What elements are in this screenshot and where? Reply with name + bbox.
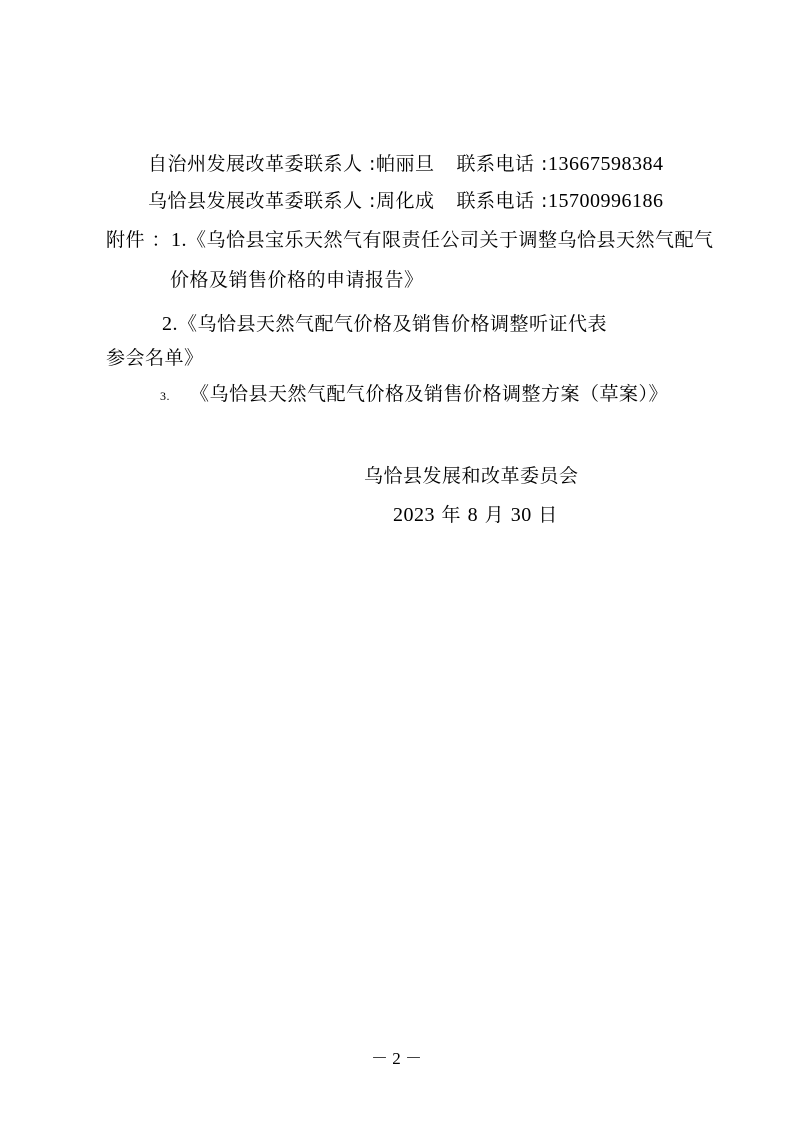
contact-name: 周化成	[376, 190, 435, 212]
signature-organization: 乌恰县发展和改革委员会	[364, 464, 579, 488]
phone-number: 13667598384	[548, 153, 664, 175]
attachment-title: 《乌恰县天然气配气价格及销售价格调整听证代表	[178, 313, 607, 335]
attachments-prefix: 附件 ：	[106, 229, 171, 251]
contact-separator: :	[363, 153, 376, 175]
signature-date: 2023 年 8 月 30 日	[393, 503, 558, 527]
attachment-1-line-1: 附件 ：1.《乌恰县宝乐天然气有限责任公司关于调整乌恰县天然气配气	[106, 228, 714, 252]
attachment-1-line-2: 价格及销售价格的申请报告》	[170, 268, 424, 292]
contact-label: 乌恰县发展改革委联系人	[148, 190, 363, 212]
phone-separator: :	[535, 190, 548, 212]
organization-name: 乌恰县发展和改革委员会	[364, 465, 579, 487]
date-year-unit: 年	[435, 504, 468, 526]
attachment-2-line-1: 2.《乌恰县天然气配气价格及销售价格调整听证代表	[162, 312, 607, 336]
attachment-number: 1.	[171, 229, 187, 251]
contact-line-prefecture: 自治州发展改革委联系人 :帕丽旦联系电话 :13667598384	[148, 152, 663, 176]
attachment-number: 3.	[160, 389, 170, 403]
contact-label: 自治州发展改革委联系人	[148, 153, 363, 175]
contact-name: 帕丽旦	[376, 153, 435, 175]
attachment-3-line-1: 3.《乌恰县天然气配气价格及销售价格调整方案（草案）》	[160, 382, 668, 408]
attachment-2-line-2: 参会名单》	[106, 346, 204, 370]
attachment-number: 2.	[162, 313, 178, 335]
date-day: 30	[511, 504, 532, 526]
attachment-title-cont: 价格及销售价格的申请报告》	[170, 269, 424, 291]
phone-separator: :	[535, 153, 548, 175]
date-year: 2023	[393, 504, 435, 526]
attachment-title: 《乌恰县宝乐天然气有限责任公司关于调整乌恰县天然气配气	[187, 229, 714, 251]
attachment-title-cont: 参会名单》	[106, 347, 204, 369]
page-number: － 2 －	[0, 1044, 793, 1069]
contact-separator: :	[363, 190, 376, 212]
date-month-unit: 月	[478, 504, 511, 526]
phone-label: 联系电话	[456, 153, 534, 175]
attachment-title: 《乌恰县天然气配气价格及销售价格调整方案（草案）》	[190, 383, 668, 405]
phone-number: 15700996186	[548, 190, 664, 212]
date-day-unit: 日	[532, 504, 558, 526]
contact-line-county: 乌恰县发展改革委联系人 :周化成联系电话 :15700996186	[148, 189, 663, 213]
date-month: 8	[468, 504, 479, 526]
phone-label: 联系电话	[456, 190, 534, 212]
